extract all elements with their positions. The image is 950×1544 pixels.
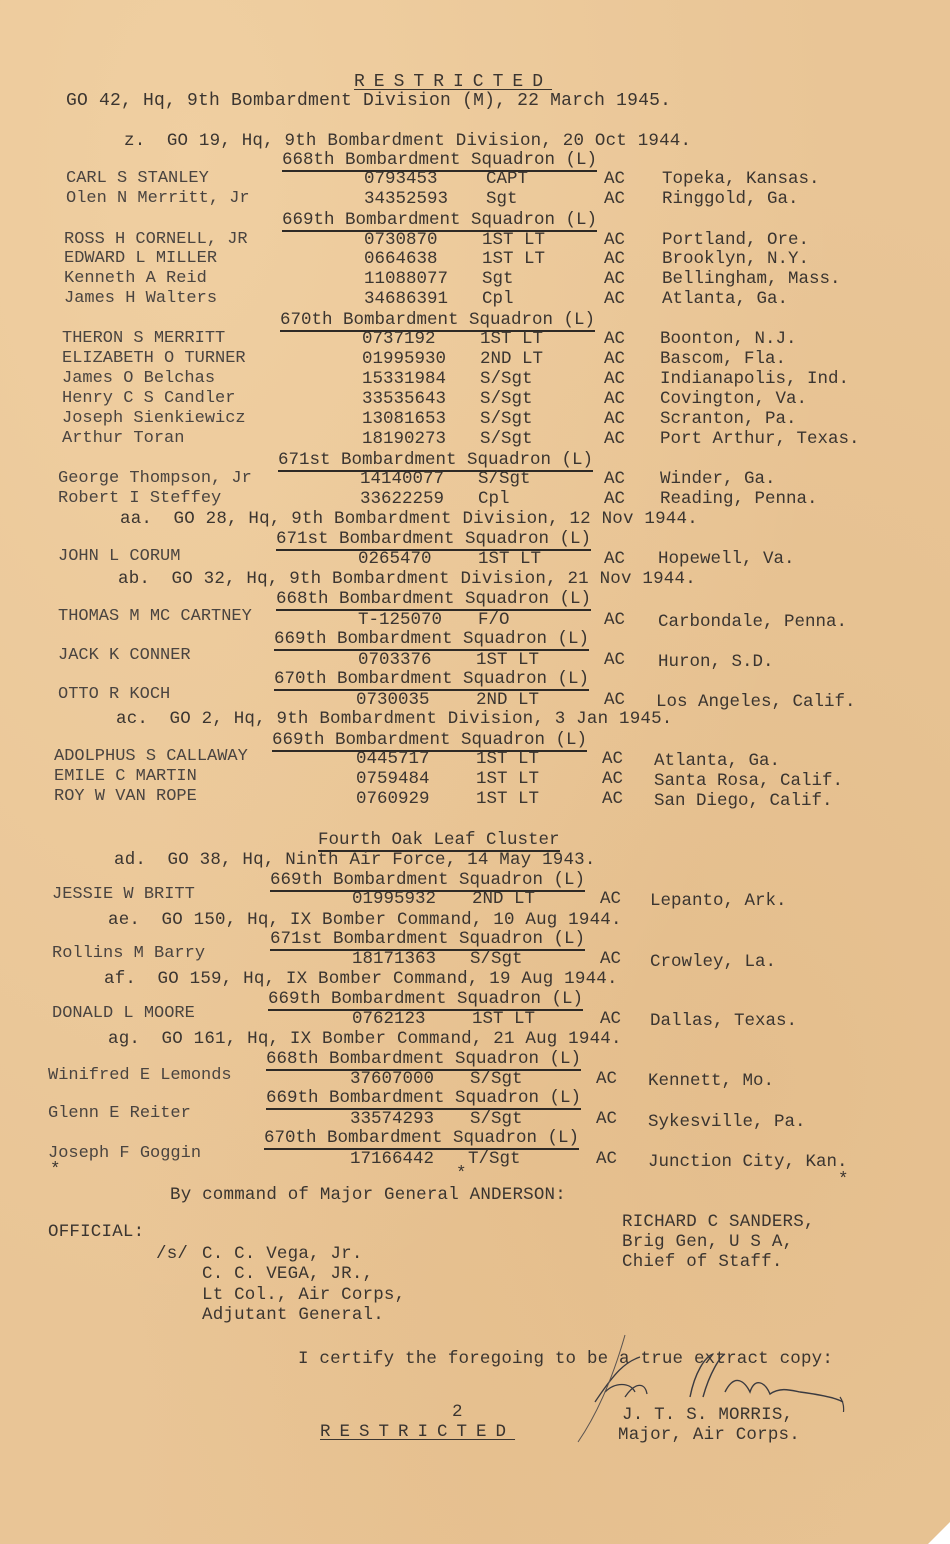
member-town: Portland, Ore. [662, 230, 809, 250]
member-rank: S/Sgt [480, 369, 533, 389]
order-title: GO 42, Hq, 9th Bombardment Division (M),… [66, 91, 671, 111]
member-branch: AC [604, 409, 625, 429]
member-branch: AC [596, 1149, 617, 1169]
section-label: ac. [116, 709, 148, 729]
member-name: Joseph F Goggin [48, 1144, 201, 1164]
chief-name: RICHARD C SANDERS, [622, 1212, 815, 1232]
official-label: OFFICIAL: [48, 1222, 144, 1242]
cluster-heading: Fourth Oak Leaf Cluster [318, 830, 560, 852]
member-serial: 0737192 [362, 329, 436, 349]
member-branch: AC [596, 1069, 617, 1089]
member-rank: 1ST LT [482, 249, 545, 269]
member-town: Boonton, N.J. [660, 329, 797, 349]
member-serial: 33574293 [350, 1109, 434, 1129]
squadron-heading: 669th Bombardment Squadron (L) [274, 629, 589, 651]
member-name: Arthur Toran [62, 429, 184, 449]
member-town: Covington, Va. [660, 389, 807, 409]
certifier-rank: Major, Air Corps. [618, 1425, 800, 1445]
squadron-heading: 669th Bombardment Squadron (L) [266, 1088, 581, 1110]
member-town: San Diego, Calif. [654, 791, 833, 811]
member-name: Kenneth A Reid [64, 269, 207, 289]
member-serial: 0664638 [364, 249, 438, 269]
member-town: Port Arthur, Texas. [660, 429, 860, 449]
member-town: Brooklyn, N.Y. [662, 249, 809, 269]
section-af-heading: af. GO 159, Hq, IX Bomber Command, 19 Au… [104, 969, 618, 989]
member-rank: 1ST LT [476, 769, 539, 789]
member-branch: AC [604, 349, 625, 369]
member-serial: 13081653 [362, 409, 446, 429]
member-name: Joseph Sienkiewicz [62, 409, 246, 429]
member-serial: 15331984 [362, 369, 446, 389]
asterisk-mark: * [50, 1160, 61, 1180]
member-name: EDWARD L MILLER [64, 249, 217, 269]
member-rank: 2ND LT [480, 349, 543, 369]
member-serial: 37607000 [350, 1069, 434, 1089]
member-branch: AC [604, 249, 625, 269]
squadron-heading: 668th Bombardment Squadron (L) [276, 589, 591, 611]
member-town: Atlanta, Ga. [662, 289, 788, 309]
member-serial: 18171363 [352, 949, 436, 969]
squadron-heading: 671st Bombardment Squadron (L) [276, 529, 591, 551]
squadron-heading: 668th Bombardment Squadron (L) [282, 150, 597, 172]
member-name: Glenn E Reiter [48, 1104, 191, 1124]
member-rank: T/Sgt [468, 1149, 521, 1169]
member-rank: 1ST LT [476, 749, 539, 769]
member-branch: AC [604, 610, 625, 630]
member-branch: AC [604, 650, 625, 670]
document-page: RESTRICTED GO 42, Hq, 9th Bombardment Di… [0, 0, 950, 1544]
member-town: Scranton, Pa. [660, 409, 797, 429]
certifier-name: J. T. S. MORRIS, [622, 1405, 793, 1425]
member-serial: 0793453 [364, 169, 438, 189]
member-serial: 34352593 [364, 189, 448, 209]
member-name: ADOLPHUS S CALLAWAY [54, 747, 248, 767]
member-branch: AC [604, 469, 625, 489]
member-rank: Cpl [482, 289, 514, 309]
signed-prefix: /s/ [156, 1244, 188, 1264]
section-label: aa. [120, 509, 152, 529]
section-label: ad. [114, 850, 146, 870]
member-branch: AC [604, 289, 625, 309]
member-rank: S/Sgt [470, 1069, 523, 1089]
member-rank: Sgt [482, 269, 514, 289]
member-serial: 18190273 [362, 429, 446, 449]
squadron-heading: 669th Bombardment Squadron (L) [268, 989, 583, 1011]
member-name: Olen N Merritt, Jr [66, 189, 250, 209]
member-town: Huron, S.D. [658, 652, 774, 672]
member-rank: 2ND LT [472, 889, 535, 909]
classification-footer: RESTRICTED [320, 1422, 515, 1442]
section-label: ag. [108, 1029, 140, 1049]
member-name: Henry C S Candler [62, 389, 235, 409]
section-order: GO 150, Hq, IX Bomber Command, 10 Aug 19… [162, 910, 622, 930]
official-rank: Lt Col., Air Corps, [202, 1285, 405, 1305]
section-label: z. [124, 131, 145, 151]
member-rank: 1ST LT [482, 230, 545, 250]
member-town: Lepanto, Ark. [650, 891, 787, 911]
member-branch: AC [596, 1109, 617, 1129]
member-rank: Sgt [486, 189, 518, 209]
member-rank: 1ST LT [476, 789, 539, 809]
member-serial: 0762123 [352, 1009, 426, 1029]
member-town: Carbondale, Penna. [658, 612, 847, 632]
section-label: ae. [108, 910, 140, 930]
section-label: ab. [118, 569, 150, 589]
squadron-heading: 669th Bombardment Squadron (L) [282, 210, 597, 232]
member-branch: AC [604, 389, 625, 409]
asterisk-mark: * [838, 1170, 849, 1190]
command-line: By command of Major General ANDERSON: [170, 1185, 566, 1205]
member-branch: AC [602, 769, 623, 789]
member-town: Los Angeles, Calif. [656, 692, 856, 712]
section-ab-heading: ab. GO 32, Hq, 9th Bombardment Division,… [118, 569, 696, 589]
member-serial: 0445717 [356, 749, 430, 769]
member-rank: S/Sgt [480, 429, 533, 449]
member-town: Hopewell, Va. [658, 549, 795, 569]
member-name: ROSS H CORNELL, JR [64, 230, 248, 250]
member-branch: AC [604, 549, 625, 569]
section-label: af. [104, 969, 136, 989]
asterisk-mark: * [456, 1164, 467, 1184]
member-serial: 33622259 [360, 489, 444, 509]
squadron-heading: 671st Bombardment Squadron (L) [270, 929, 585, 951]
member-town: Topeka, Kansas. [662, 169, 820, 189]
chief-rank: Brig Gen, U S A, [622, 1232, 793, 1252]
section-ae-heading: ae. GO 150, Hq, IX Bomber Command, 10 Au… [108, 910, 622, 930]
member-rank: 1ST LT [476, 650, 539, 670]
member-branch: AC [604, 230, 625, 250]
section-ad-heading: ad. GO 38, Hq, Ninth Air Force, 14 May 1… [114, 850, 596, 870]
member-serial: 11088077 [364, 269, 448, 289]
member-rank: S/Sgt [470, 1109, 523, 1129]
member-name: George Thompson, Jr [58, 469, 252, 489]
official-title: Adjutant General. [202, 1305, 384, 1325]
member-name: THERON S MERRITT [62, 329, 225, 349]
member-name: Rollins M Barry [52, 944, 205, 964]
squadron-heading: 670th Bombardment Squadron (L) [274, 669, 589, 691]
member-serial: 0730035 [356, 690, 430, 710]
member-rank: S/Sgt [470, 949, 523, 969]
member-branch: AC [604, 189, 625, 209]
member-rank: S/Sgt [478, 469, 531, 489]
member-name: JACK K CONNER [58, 646, 191, 666]
section-aa-heading: aa. GO 28, Hq, 9th Bombardment Division,… [120, 509, 698, 529]
member-name: James H Walters [64, 289, 217, 309]
member-serial: 0265470 [358, 549, 432, 569]
member-branch: AC [604, 429, 625, 449]
page-number: 2 [452, 1402, 463, 1422]
member-branch: AC [604, 169, 625, 189]
official-signature-line: C. C. Vega, Jr. [202, 1244, 363, 1264]
member-town: Dallas, Texas. [650, 1011, 797, 1031]
squadron-heading: 668th Bombardment Squadron (L) [266, 1049, 581, 1071]
section-ac-heading: ac. GO 2, Hq, 9th Bombardment Division, … [116, 709, 673, 729]
member-name: ROY W VAN ROPE [54, 787, 197, 807]
member-serial: 0759484 [356, 769, 430, 789]
section-order: GO 161, Hq, IX Bomber Command, 21 Aug 19… [162, 1029, 622, 1049]
member-name: JOHN L CORUM [58, 547, 180, 567]
section-order: GO 19, Hq, 9th Bombardment Division, 20 … [167, 131, 691, 151]
member-town: Sykesville, Pa. [648, 1112, 806, 1132]
member-rank: S/Sgt [480, 409, 533, 429]
member-serial: 17166442 [350, 1149, 434, 1169]
official-name: C. C. VEGA, JR., [202, 1264, 373, 1284]
member-town: Indianapolis, Ind. [660, 369, 849, 389]
chief-title: Chief of Staff. [622, 1252, 783, 1272]
member-rank: F/O [478, 610, 510, 630]
member-town: Bascom, Fla. [660, 349, 786, 369]
member-serial: 01995930 [362, 349, 446, 369]
member-rank: Cpl [478, 489, 510, 509]
member-town: Bellingham, Mass. [662, 269, 841, 289]
member-rank: 1ST LT [472, 1009, 535, 1029]
member-rank: 2ND LT [476, 690, 539, 710]
member-branch: AC [602, 789, 623, 809]
member-name: DONALD L MOORE [52, 1004, 195, 1024]
member-town: Kennett, Mo. [648, 1071, 774, 1091]
section-order: GO 38, Hq, Ninth Air Force, 14 May 1943. [168, 850, 596, 870]
member-town: Junction City, Kan. [648, 1152, 848, 1172]
member-town: Atlanta, Ga. [654, 751, 780, 771]
member-serial: T-125070 [358, 610, 442, 630]
member-name: EMILE C MARTIN [54, 767, 197, 787]
squadron-heading: 669th Bombardment Squadron (L) [272, 730, 587, 752]
member-name: OTTO R KOCH [58, 685, 170, 705]
member-serial: 14140077 [360, 469, 444, 489]
member-town: Crowley, La. [650, 952, 776, 972]
member-branch: AC [600, 889, 621, 909]
member-branch: AC [600, 949, 621, 969]
member-name: JESSIE W BRITT [52, 885, 195, 905]
member-town: Ringgold, Ga. [662, 189, 799, 209]
member-branch: AC [600, 1009, 621, 1029]
member-branch: AC [602, 749, 623, 769]
member-branch: AC [604, 329, 625, 349]
member-rank: S/Sgt [480, 389, 533, 409]
section-order: GO 32, Hq, 9th Bombardment Division, 21 … [172, 569, 696, 589]
member-name: Winifred E Lemonds [48, 1066, 232, 1086]
member-serial: 0760929 [356, 789, 430, 809]
squadron-heading: 670th Bombardment Squadron (L) [280, 310, 595, 332]
member-town: Santa Rosa, Calif. [654, 771, 843, 791]
member-branch: AC [604, 690, 625, 710]
section-order: GO 28, Hq, 9th Bombardment Division, 12 … [174, 509, 698, 529]
torn-corner [928, 1522, 950, 1544]
member-name: CARL S STANLEY [66, 169, 209, 189]
member-rank: CAPT [486, 169, 528, 189]
squadron-heading: 670th Bombardment Squadron (L) [264, 1128, 579, 1150]
section-ag-heading: ag. GO 161, Hq, IX Bomber Command, 21 Au… [108, 1029, 622, 1049]
member-serial: 0730870 [364, 230, 438, 250]
member-town: Winder, Ga. [660, 469, 776, 489]
member-branch: AC [604, 269, 625, 289]
member-rank: 1ST LT [478, 549, 541, 569]
member-serial: 33535643 [362, 389, 446, 409]
classification-header: RESTRICTED [354, 72, 552, 92]
member-town: Reading, Penna. [660, 489, 818, 509]
section-order: GO 159, Hq, IX Bomber Command, 19 Aug 19… [158, 969, 618, 989]
member-branch: AC [604, 369, 625, 389]
member-rank: 1ST LT [480, 329, 543, 349]
section-order: GO 2, Hq, 9th Bombardment Division, 3 Ja… [170, 709, 673, 729]
member-name: Robert I Steffey [58, 489, 221, 509]
section-z-heading: z. GO 19, Hq, 9th Bombardment Division, … [124, 131, 691, 151]
member-name: THOMAS M MC CARTNEY [58, 607, 252, 627]
member-serial: 34686391 [364, 289, 448, 309]
member-name: ELIZABETH O TURNER [62, 349, 246, 369]
member-serial: 0703376 [358, 650, 432, 670]
member-name: James O Belchas [62, 369, 215, 389]
member-branch: AC [604, 489, 625, 509]
member-serial: 01995932 [352, 889, 436, 909]
